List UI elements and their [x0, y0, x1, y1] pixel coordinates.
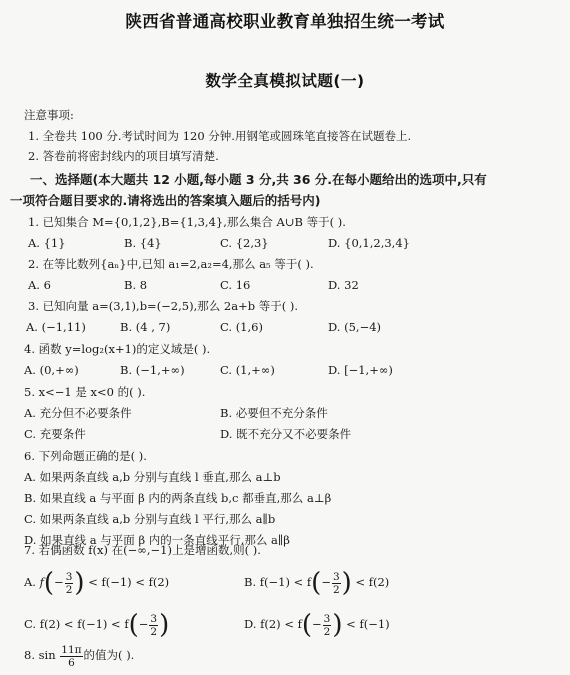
fraction: 32: [323, 613, 332, 638]
question-5-option-a: A. 充分但不必要条件: [24, 405, 132, 421]
question-3-option-a: A. (−1,11): [26, 319, 86, 335]
question-2-option-b: B. 8: [124, 277, 147, 293]
question-8-stem: 8. sin 11π6的值为( ).: [24, 640, 134, 670]
question-1-option-d: D. {0,1,2,3,4}: [328, 235, 410, 251]
notes-heading: 注意事项:: [24, 107, 74, 123]
question-3-option-b: B. (4 , 7): [120, 319, 170, 335]
exam-subtitle: 数学全真模拟试题(一): [0, 69, 570, 91]
question-6-stem: 6. 下列命题正确的是( ).: [24, 448, 147, 464]
question-6-option-b: B. 如果直线 a 与平面 β 内的两条直线 b,c 都垂直,那么 a⊥β: [24, 490, 331, 506]
question-1-option-b: B. {4}: [124, 235, 162, 251]
question-2-option-c: C. 16: [220, 277, 250, 293]
fraction: 32: [65, 571, 74, 596]
question-3-stem: 3. 已知向量 a=(3,1),b=(−2,5),那么 2a+b 等于( ).: [28, 298, 298, 314]
exam-page: 陕西省普通高校职业教育单独招生统一考试 数学全真模拟试题(一) 注意事项: 1.…: [0, 0, 570, 675]
question-7-option-a: A. f(−32) < f(−1) < f(2): [24, 563, 169, 601]
question-2-option-a: A. 6: [28, 277, 51, 293]
question-1-option-a: A. {1}: [28, 235, 66, 251]
question-6-option-a: A. 如果两条直线 a,b 分别与直线 l 垂直,那么 a⊥b: [24, 469, 281, 485]
question-4-option-d: D. [−1,+∞): [328, 362, 393, 378]
question-5-option-b: B. 必要但不充分条件: [220, 405, 328, 421]
question-5-stem: 5. x<−1 是 x<0 的( ).: [24, 384, 145, 400]
question-4-option-a: A. (0,+∞): [24, 362, 79, 378]
question-7-stem: 7. 若偶函数 f(x) 在(−∞,−1)上是增函数,则( ).: [24, 542, 261, 558]
fraction: 11π6: [60, 644, 82, 669]
question-7-option-b: B. f(−1) < f(−32) < f(2): [244, 563, 389, 601]
question-4-option-c: C. (1,+∞): [220, 362, 275, 378]
question-2-option-d: D. 32: [328, 277, 359, 293]
note-2: 2. 答卷前将密封线内的项目填写清楚.: [28, 148, 219, 164]
section-instructions-line-2: 一项符合题目要求的.请将选出的答案填入题后的括号内): [10, 193, 320, 209]
question-7-option-c: C. f(2) < f(−1) < f(−32): [24, 605, 169, 643]
question-2-stem: 2. 在等比数列{aₙ}中,已知 a₁=2,a₂=4,那么 a₅ 等于( ).: [28, 256, 314, 272]
fraction: 32: [332, 571, 341, 596]
question-5-option-d: D. 既不充分又不必要条件: [220, 426, 351, 442]
fraction: 32: [149, 613, 158, 638]
question-4-stem: 4. 函数 y=log₂(x+1)的定义域是( ).: [24, 341, 210, 357]
question-3-option-c: C. (1,6): [220, 319, 263, 335]
question-6-option-c: C. 如果两条直线 a,b 分别与直线 l 平行,那么 a∥b: [24, 511, 275, 527]
note-1: 1. 全卷共 100 分.考试时间为 120 分钟.用钢笔或圆珠笔直接答在试题卷…: [28, 128, 411, 144]
question-1-stem: 1. 已知集合 M={0,1,2},B={1,3,4},那么集合 A∪B 等于(…: [28, 214, 346, 230]
question-5-option-c: C. 充要条件: [24, 426, 86, 442]
question-4-option-b: B. (−1,+∞): [120, 362, 185, 378]
section-instructions-line-1: 一、选择题(本大题共 12 小题,每小题 3 分,共 36 分.在每小题给出的选…: [30, 172, 487, 188]
question-7-option-d: D. f(2) < f(−32) < f(−1): [244, 605, 390, 643]
question-3-option-d: D. (5,−4): [328, 319, 381, 335]
question-1-option-c: C. {2,3}: [220, 235, 269, 251]
exam-title: 陕西省普通高校职业教育单独招生统一考试: [0, 8, 570, 32]
